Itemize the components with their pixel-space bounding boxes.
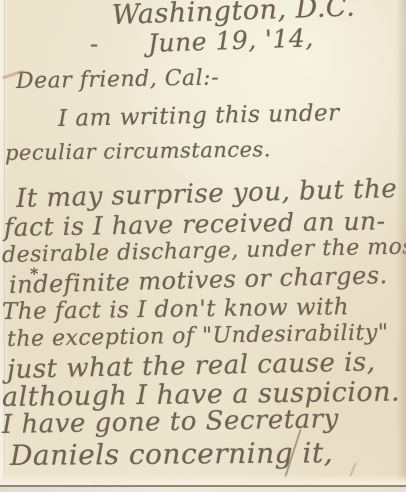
body-line: indefinite motives or charges.	[9, 263, 388, 297]
body-line: The fact is I don't know with	[2, 296, 349, 324]
page-bottom-edge	[0, 474, 406, 485]
dateline-place: Washington, D.C.	[112, 0, 356, 29]
body-line: Daniels concerning it,	[10, 439, 333, 470]
body-line: I have gone to Secretary	[2, 406, 339, 438]
letter-paper: Washington, D.C. June 19, '14, - Dear fr…	[0, 0, 406, 492]
body-line: peculiar circumstances.	[5, 139, 271, 164]
body-line: I am writing this under	[58, 102, 340, 131]
scanned-letter: Washington, D.C. June 19, '14, - Dear fr…	[0, 0, 406, 492]
underlying-page-strip	[0, 487, 406, 492]
dateline-date: June 19, '14,	[148, 25, 315, 56]
page-right-edge-shade	[396, 0, 406, 492]
salutation: Dear friend, Cal:-	[16, 67, 219, 93]
body-line: the exception of "Undesirability"	[7, 322, 389, 351]
stray-dash-mark: -	[90, 30, 98, 58]
